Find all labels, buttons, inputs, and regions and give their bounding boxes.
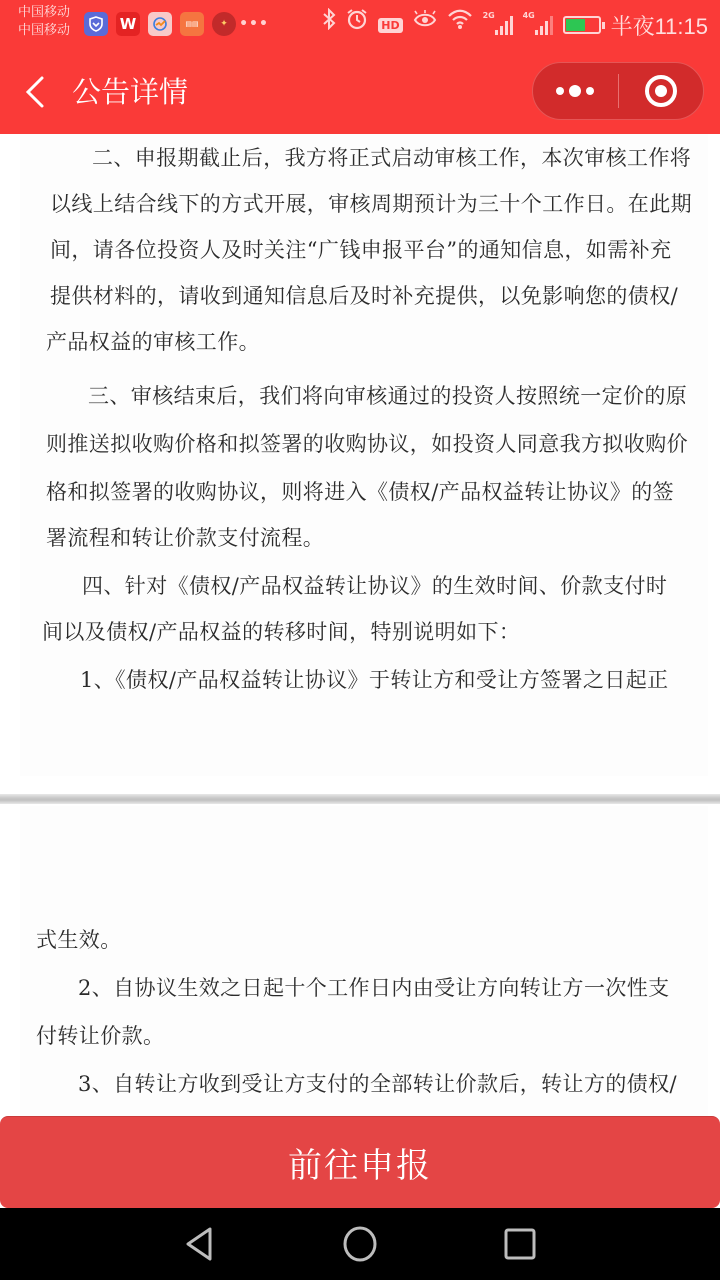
doc-line: 四、针对《债权/产品权益转让协议》的生效时间、价款支付时 — [82, 570, 667, 600]
doc-line: 二、申报期截止后，我方将正式启动审核工作，本次审核工作将 — [92, 142, 691, 172]
back-triangle-icon — [180, 1224, 220, 1264]
doc-line-cut: 在中影响已经完成申报的投资人查看以申报记录及申报进展等。 — [52, 134, 651, 138]
go-apply-label: 前往申报 — [288, 1138, 432, 1187]
system-home-button[interactable] — [340, 1224, 380, 1264]
system-recents-button[interactable] — [500, 1224, 540, 1264]
miniprogram-capsule — [532, 62, 704, 120]
recents-square-icon — [500, 1224, 540, 1264]
notification-icons: W ▤▤ ✦ ••• — [84, 12, 264, 36]
go-apply-button[interactable]: 前往申报 — [0, 1116, 720, 1208]
hd-voice-icon: HD — [378, 18, 402, 33]
doc-line: 署流程和转让价款支付流程。 — [46, 522, 324, 552]
more-dots-icon — [556, 85, 594, 97]
status-bar: 中国移动 中国移动 W ▤▤ ✦ ••• HD 2G 4 — [0, 0, 720, 50]
carrier-1: 中国移动 — [18, 4, 70, 22]
alarm-icon — [346, 8, 368, 42]
page-title: 公告详情 — [72, 72, 188, 112]
doc-line: 三、审核结束后，我们将向审核通过的投资人按照统一定价的原 — [88, 380, 687, 410]
document-page-2: 式生效。 2、自协议生效之日起十个工作日内由受让方向转让方一次性支 付转让价款。… — [20, 806, 708, 1116]
signal-2g-icon: 2G — [483, 15, 513, 35]
payment-app-icon — [148, 12, 172, 36]
system-back-button[interactable] — [180, 1224, 220, 1264]
title-bar: 公告详情 — [0, 50, 720, 134]
document-page-1: 在中影响已经完成申报的投资人查看以申报记录及申报进展等。 二、申报期截止后，我方… — [20, 134, 708, 776]
system-icons: HD 2G 4G 半夜11:15 — [322, 8, 708, 42]
doc-line: 3、自转让方收到受让方支付的全部转让价款后，转让方的债权/ — [78, 1068, 677, 1098]
back-button[interactable] — [18, 72, 58, 112]
doc-line: 则推送拟收购价格和拟签署的收购协议，如投资人同意我方拟收购价 — [46, 428, 688, 458]
battery-charging-icon — [563, 16, 601, 34]
close-miniprogram-button[interactable] — [619, 62, 704, 120]
doc-line: 产品权益的审核工作。 — [46, 326, 260, 356]
bluetooth-icon — [322, 8, 336, 42]
doc-line: 2、自协议生效之日起十个工作日内由受让方向转让方一次性支 — [78, 972, 670, 1002]
home-circle-icon — [340, 1224, 380, 1264]
guangqian-app-icon: ✦ — [212, 12, 236, 36]
doc-line: 提供材料的，请收到通知信息后及时补充提供，以免影响您的债权/ — [50, 280, 678, 310]
news-app-icon: ▤▤ — [180, 12, 204, 36]
doc-line: 以线上结合线下的方式开展，审核周期预计为三十个工作日。在此期 — [50, 188, 692, 218]
chevron-left-icon — [18, 72, 58, 112]
doc-line: 间以及债权/产品权益的转移时间，特别说明如下： — [42, 616, 520, 646]
carrier-2: 中国移动 — [18, 22, 70, 40]
more-notifications-icon: ••• — [244, 12, 264, 36]
page-separator — [0, 794, 720, 804]
wifi-icon — [447, 8, 473, 42]
carrier-labels: 中国移动 中国移动 — [18, 4, 70, 40]
android-navigation-bar — [0, 1208, 720, 1280]
signal-4g-icon: 4G — [523, 15, 553, 35]
clock: 半夜11:15 — [611, 10, 708, 41]
more-menu-button[interactable] — [533, 62, 618, 120]
doc-line: 付转让价款。 — [36, 1020, 164, 1050]
document-viewer[interactable]: 在中影响已经完成申报的投资人查看以申报记录及申报进展等。 二、申报期截止后，我方… — [0, 134, 720, 1116]
eye-comfort-icon — [413, 8, 437, 42]
doc-line: 间，请各位投资人及时关注“广钱申报平台”的通知信息，如需补充 — [50, 234, 671, 264]
shield-app-icon — [84, 12, 108, 36]
wps-icon: W — [116, 12, 140, 36]
doc-line: 格和拟签署的收购协议，则将进入《债权/产品权益转让协议》的签 — [46, 476, 674, 506]
target-circle-icon — [645, 75, 677, 107]
doc-line: 式生效。 — [36, 924, 122, 954]
doc-line: 1、《债权/产品权益转让协议》于转让方和受让方签署之日起正 — [80, 664, 669, 694]
